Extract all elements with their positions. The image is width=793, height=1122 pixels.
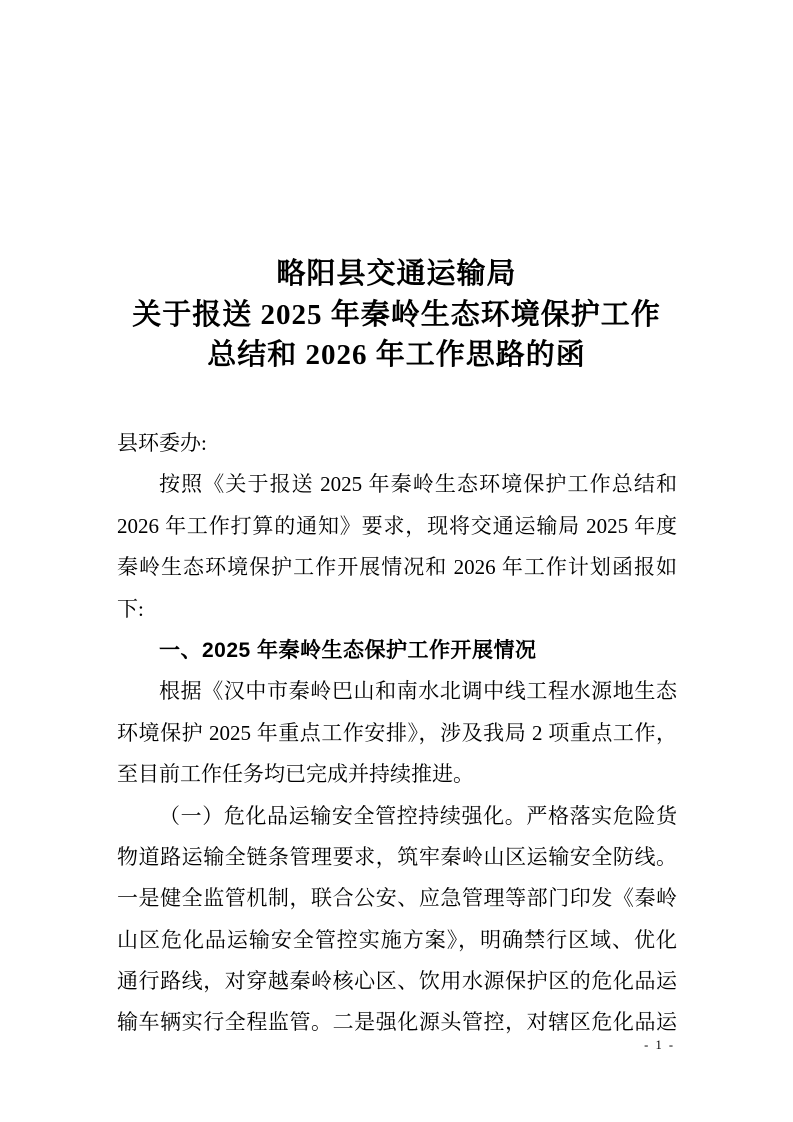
body-text: 县环委办:按照《关于报送 2025 年秦岭生态环境保护工作总结和2026 年工作… (117, 423, 677, 1044)
body-line: 2026 年工作打算的通知》要求，现将交通运输局 2025 年度 (117, 506, 677, 547)
body-line: 输车辆实行全程监管。二是强化源头管控，对辖区危化品运 (117, 1002, 677, 1043)
body-line: 一是健全监管机制，联合公安、应急管理等部门印发《秦岭 (117, 878, 677, 919)
title-line-2: 关于报送 2025 年秦岭生态环境保护工作 (0, 295, 793, 336)
body-line: 至目前工作任务均已完成并持续推进。 (117, 754, 677, 795)
document-page: 略阳县交通运输局 关于报送 2025 年秦岭生态环境保护工作 总结和 2026 … (0, 0, 793, 1122)
section-heading-line: 一、2025 年秦岭生态保护工作开展情况 (117, 630, 677, 671)
body-line: 按照《关于报送 2025 年秦岭生态环境保护工作总结和 (117, 464, 677, 505)
body-line: 下: (117, 589, 677, 630)
body-line: 县环委办: (117, 423, 677, 464)
body-line: 环境保护 2025 年重点工作安排》，涉及我局 2 项重点工作， (117, 713, 677, 754)
page-number: - 1 - (644, 1038, 675, 1053)
title-line-1: 略阳县交通运输局 (0, 254, 793, 295)
body-line: 根据《汉中市秦岭巴山和南水北调中线工程水源地生态 (117, 671, 677, 712)
title-line-3: 总结和 2026 年工作思路的函 (0, 335, 793, 376)
body-line: 秦岭生态环境保护工作开展情况和 2026 年工作计划函报如 (117, 547, 677, 588)
body-line: （一）危化品运输安全管控持续强化。严格落实危险货 (117, 796, 677, 837)
document-title: 略阳县交通运输局 关于报送 2025 年秦岭生态环境保护工作 总结和 2026 … (0, 254, 793, 376)
body-line: 山区危化品运输安全管控实施方案》，明确禁行区域、优化 (117, 920, 677, 961)
body-line: 物道路运输全链条管理要求，筑牢秦岭山区运输安全防线。 (117, 837, 677, 878)
body-line: 通行路线，对穿越秦岭核心区、饮用水源保护区的危化品运 (117, 961, 677, 1002)
